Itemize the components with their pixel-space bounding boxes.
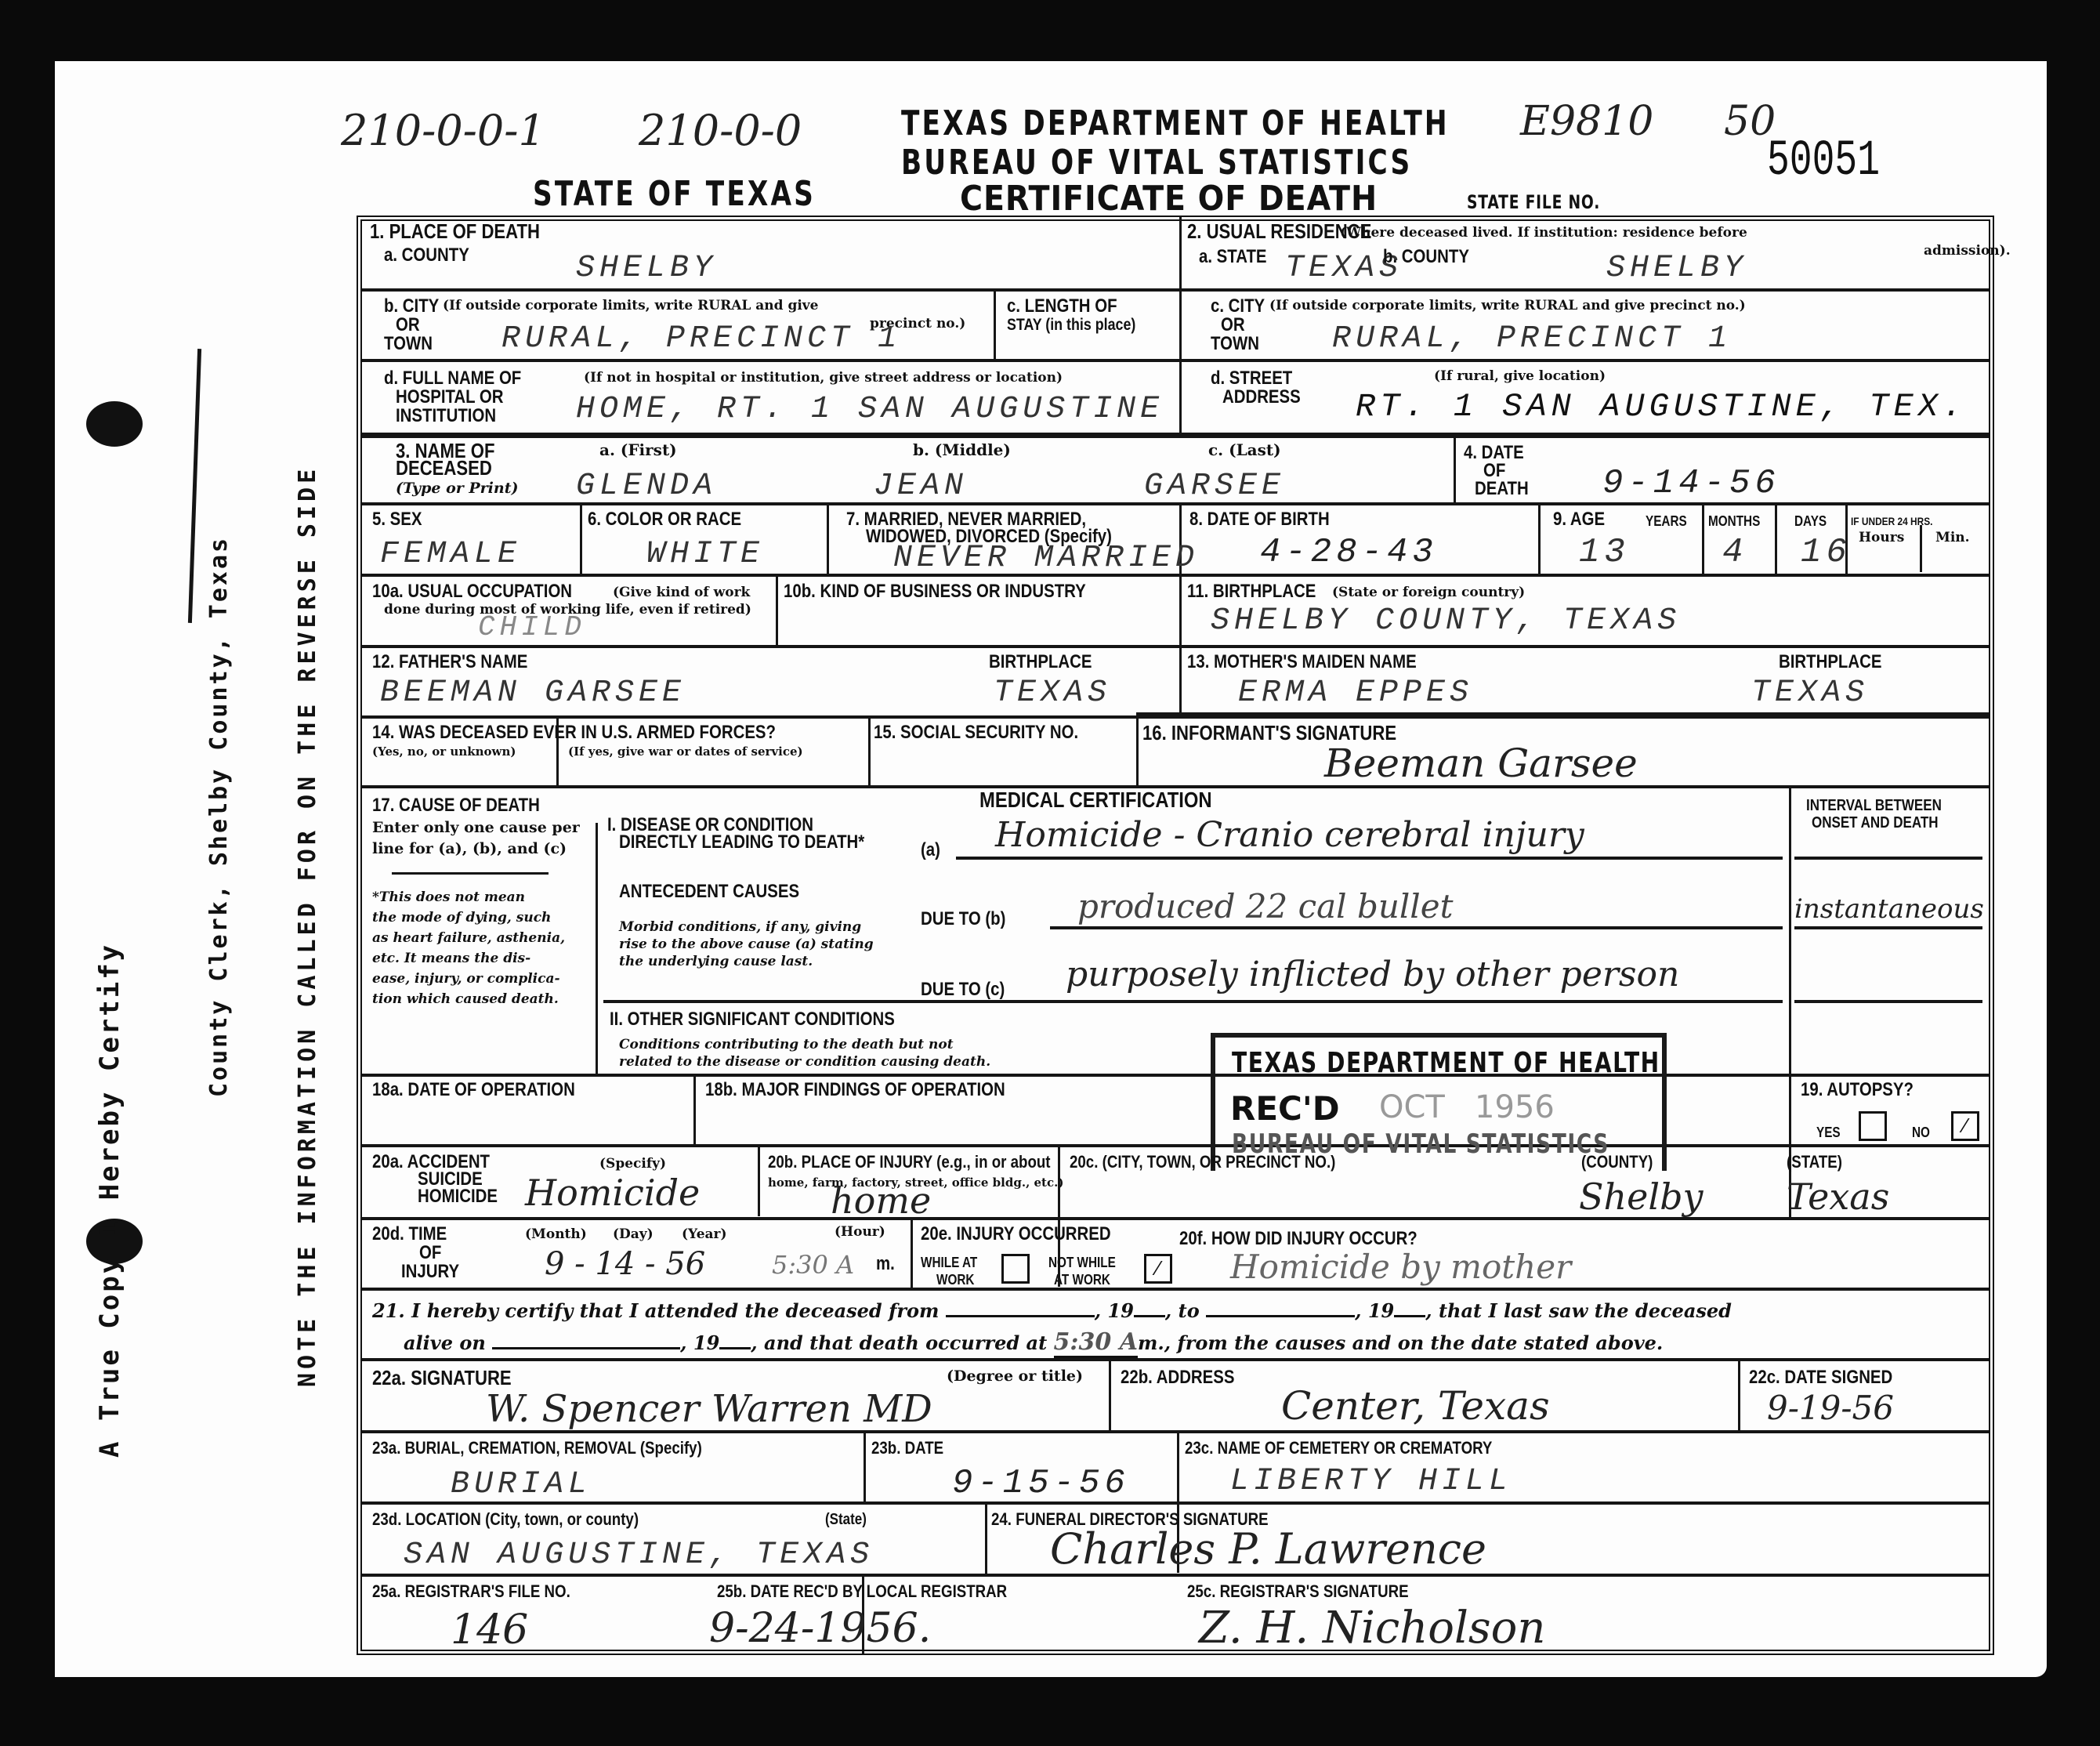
- cause-a-value: Homicide - Cranio cerebral injury: [995, 815, 1584, 855]
- father-birthplace-label: BIRTHPLACE: [989, 652, 1092, 672]
- part2-label: II. OTHER SIGNIFICANT CONDITIONS: [610, 1009, 895, 1030]
- punch-hole: [86, 401, 143, 447]
- date-signed-label: 22c. DATE SIGNED: [1749, 1367, 1892, 1388]
- days-label: DAYS: [1794, 511, 1827, 531]
- ssn-label: 15. SOCIAL SECURITY NO.: [874, 723, 1078, 743]
- margin-clerk-text: County Clerk, Shelby County, Texas: [205, 536, 233, 1097]
- residence-note: (Where deceased lived. If institution: r…: [1340, 225, 1747, 241]
- registrar-file-label: 25a. REGISTRAR'S FILE NO.: [372, 1581, 570, 1602]
- res-city-note: (If outside corporate limits, write RURA…: [1269, 298, 1746, 313]
- age-days-value: 16: [1801, 533, 1852, 572]
- business-label: 10b. KIND OF BUSINESS OR INDUSTRY: [784, 581, 1086, 602]
- burial-location-label: 23d. LOCATION (City, town, or county): [372, 1509, 639, 1530]
- not-while-label-2: AT WORK: [1054, 1270, 1110, 1290]
- signature-label: 22a. SIGNATURE: [372, 1367, 512, 1388]
- first-name-value: GLENDA: [576, 469, 717, 504]
- name-label-2: DECEASED: [396, 458, 492, 478]
- cause-a-marker: (a): [921, 840, 940, 860]
- funeral-director-signature: Charles P. Lawrence: [1050, 1524, 1486, 1574]
- cause-c-value: purposely inflicted by other person: [1066, 955, 1679, 994]
- under24-label: IF UNDER 24 HRS.: [1851, 511, 1932, 531]
- age-years-value: 13: [1579, 533, 1630, 572]
- name-label-3: (Type or Print): [396, 478, 518, 498]
- cause-footnote: *This does not mean the mode of dying, s…: [372, 887, 565, 1009]
- file-code-2: 210-0-0: [639, 106, 802, 155]
- mother-birthplace-label: BIRTHPLACE: [1779, 652, 1881, 672]
- city-note: (If outside corporate limits, write RURA…: [443, 298, 818, 313]
- antecedent-label: ANTECEDENT CAUSES: [619, 882, 799, 902]
- injury-how-value: Homicide by mother: [1230, 1248, 1571, 1286]
- date-signed-value: 9-19-56: [1767, 1389, 1894, 1427]
- res-county-label: b. COUNTY: [1383, 247, 1469, 267]
- father-birthplace-value: TEXAS: [994, 676, 1111, 711]
- morbid-note: Morbid conditions, if any, giving rise t…: [619, 918, 874, 970]
- res-county-value: SHELBY: [1606, 251, 1747, 286]
- middle-name-value: JEAN: [874, 469, 968, 504]
- burial-location-value: SAN AUGUSTINE, TEXAS: [404, 1538, 874, 1573]
- operation-findings-label: 18b. MAJOR FINDINGS OF OPERATION: [705, 1080, 1005, 1100]
- hours-label: Hours: [1859, 530, 1904, 545]
- injury-hour-value: 5:30 A: [772, 1250, 854, 1280]
- margin-certify-text: A True Copy I Hereby Certify: [94, 943, 125, 1458]
- months-label: MONTHS: [1708, 511, 1760, 531]
- informant-signature: Beeman Garsee: [1324, 741, 1638, 786]
- autopsy-no-checkbox[interactable]: ⁄: [1951, 1111, 1979, 1141]
- race-value: WHITE: [646, 537, 764, 572]
- stay-label: c. LENGTH OF: [1007, 296, 1117, 317]
- death-county-value: SHELBY: [576, 251, 717, 286]
- registrar-signature: Z. H. Nicholson: [1199, 1603, 1545, 1654]
- occupation-value: CHILD: [478, 611, 586, 643]
- state-file-label: STATE FILE NO.: [1467, 191, 1600, 213]
- dod-label-3: DEATH: [1475, 479, 1529, 499]
- year-label: (Year): [682, 1226, 727, 1242]
- father-label: 12. FATHER'S NAME: [372, 652, 527, 672]
- birthplace-label: 11. BIRTHPLACE: [1187, 581, 1316, 602]
- autopsy-yes-checkbox[interactable]: [1859, 1111, 1887, 1141]
- injury-m-suffix: m.: [876, 1254, 895, 1274]
- burial-date-label: 23b. DATE: [871, 1438, 943, 1458]
- armed-forces-label: 14. WAS DECEASED EVER IN U.S. ARMED FORC…: [372, 723, 776, 743]
- armed-note-2: (If yes, give war or dates of service): [568, 744, 803, 759]
- father-value: BEEMAN GARSEE: [380, 676, 686, 711]
- physician-signature: W. Spencer Warren MD: [486, 1387, 932, 1431]
- injury-place-label: 20b. PLACE OF INJURY (e.g., in or about: [768, 1152, 1051, 1172]
- death-time-value: 5:30 A: [1054, 1328, 1138, 1358]
- address-label: 22b. ADDRESS: [1121, 1367, 1234, 1388]
- injury-specify: (Specify): [599, 1156, 666, 1172]
- burial-date-value: 9-15-56: [952, 1464, 1130, 1503]
- occupation-note: (Give kind of work: [613, 585, 750, 600]
- cause-label: 17. CAUSE OF DEATH: [372, 795, 540, 816]
- interval-b-value: instantaneous: [1794, 893, 1984, 925]
- cause-instr-2: line for (a), (b), and (c): [372, 840, 567, 857]
- middle-name-label: b. (Middle): [913, 440, 1011, 459]
- date-of-death-value: 9-14-56: [1602, 464, 1780, 503]
- death-city-value: RURAL, PRECINCT 1: [501, 321, 901, 357]
- county-label: a. COUNTY: [384, 245, 469, 266]
- injury-type-label-3: HOMICIDE: [418, 1186, 498, 1207]
- residence-note-2: admission).: [1924, 243, 2011, 259]
- injury-how-label: 20f. HOW DID INJURY OCCUR?: [1179, 1229, 1417, 1249]
- stamp-dept: TEXAS DEPARTMENT OF HEALTH: [1232, 1047, 1660, 1079]
- due-to-b-label: DUE TO (b): [921, 909, 1005, 929]
- armed-note-1: (Yes, no, or unknown): [372, 744, 516, 759]
- certificate-title: CERTIFICATE OF DEATH: [960, 179, 1378, 219]
- state-title: STATE OF TEXAS: [533, 174, 816, 214]
- last-name-label: c. (Last): [1208, 440, 1281, 459]
- injury-date-value: 9 - 14 - 56: [545, 1246, 705, 1282]
- month-label: (Month): [525, 1226, 587, 1242]
- state-file-number: 50051: [1767, 133, 1880, 190]
- injury-type-value: Homicide: [525, 1172, 700, 1214]
- res-city-value: RURAL, PRECINCT 1: [1332, 321, 1732, 357]
- dob-label: 8. DATE OF BIRTH: [1189, 509, 1330, 530]
- dept-title: TEXAS DEPARTMENT OF HEALTH: [901, 103, 1450, 143]
- injury-county-label: (COUNTY): [1581, 1152, 1653, 1172]
- cause-b-value: produced 22 cal bullet: [1077, 887, 1453, 926]
- while-work-label-2: WORK: [936, 1270, 974, 1290]
- medical-certification-heading: MEDICAL CERTIFICATION: [979, 790, 1212, 810]
- street-label-2: ADDRESS: [1222, 387, 1301, 408]
- mother-label: 13. MOTHER'S MAIDEN NAME: [1187, 652, 1417, 672]
- injury-location-label: 20c. (CITY, TOWN, OR PRECINCT NO.): [1070, 1152, 1335, 1172]
- registrar-signature-label: 25c. REGISTRAR'S SIGNATURE: [1187, 1581, 1409, 1602]
- bureau-title: BUREAU OF VITAL STATISTICS: [901, 143, 1412, 183]
- hospital-label-3: INSTITUTION: [396, 406, 496, 426]
- injury-time-injury: INJURY: [401, 1262, 459, 1282]
- hospital-note: (If not in hospital or institution, give…: [584, 370, 1063, 386]
- burial-type-label: 23a. BURIAL, CREMATION, REMOVAL (Specify…: [372, 1438, 702, 1458]
- sex-label: 5. SEX: [372, 509, 422, 530]
- injury-occurred-label: 20e. INJURY OCCURRED: [921, 1224, 1111, 1244]
- stamp-date: OCT 1956: [1379, 1089, 1555, 1125]
- injury-state-value: Texas: [1787, 1175, 1889, 1218]
- occupation-label: 10a. USUAL OCCUPATION: [372, 581, 572, 602]
- res-state-label: a. STATE: [1199, 247, 1267, 267]
- burial-type-value: BURIAL: [451, 1467, 592, 1502]
- first-name-label: a. (First): [599, 440, 677, 459]
- min-label: Min.: [1935, 530, 1970, 545]
- handwritten-code: E9810: [1520, 98, 1653, 145]
- age-label: 9. AGE: [1553, 509, 1605, 530]
- birthplace-value: SHELBY COUNTY, TEXAS: [1211, 603, 1681, 639]
- street-note: (If rural, give location): [1434, 368, 1606, 384]
- file-code-1: 210-0-0-1: [341, 106, 545, 155]
- part1-label-2: DIRECTLY LEADING TO DEATH*: [619, 832, 864, 853]
- autopsy-no-label: NO: [1912, 1122, 1930, 1143]
- last-name-value: GARSEE: [1144, 469, 1285, 504]
- stay-label-2: STAY (in this place): [1007, 315, 1135, 335]
- stamp-recd: REC'D: [1230, 1089, 1340, 1128]
- part2-note-2: related to the disease or condition caus…: [619, 1052, 990, 1072]
- registrar-date-value: 9-24-1956.: [709, 1605, 931, 1652]
- cause-instr: Enter only one cause per: [372, 819, 580, 836]
- hospital-value: HOME, RT. 1 SAN AUGUSTINE: [576, 392, 1164, 427]
- sex-value: FEMALE: [380, 537, 521, 572]
- certify-line-2: alive on , 19, and that death occurred a…: [404, 1332, 1663, 1353]
- city-town-label: TOWN: [384, 334, 433, 354]
- autopsy-label: 19. AUTOPSY?: [1801, 1080, 1914, 1100]
- birthplace-note: (State or foreign country): [1332, 585, 1525, 600]
- not-while-at-work-checkbox[interactable]: ⁄: [1144, 1254, 1172, 1284]
- injury-place-value: home: [831, 1179, 931, 1222]
- age-months-value: 4: [1722, 533, 1747, 572]
- marital-value: NEVER MARRIED: [893, 541, 1199, 576]
- interval-label-2: ONSET AND DEATH: [1812, 813, 1939, 833]
- mother-value: ERMA EPPES: [1238, 676, 1473, 711]
- years-label: YEARS: [1646, 511, 1687, 531]
- operation-date-label: 18a. DATE OF OPERATION: [372, 1080, 575, 1100]
- degree-label: (Degree or title): [947, 1367, 1083, 1385]
- injury-state-label: (STATE): [1787, 1152, 1842, 1172]
- place-of-death-heading: 1. PLACE OF DEATH: [370, 221, 540, 241]
- res-city-town: TOWN: [1211, 334, 1259, 354]
- autopsy-yes-label: YES: [1816, 1122, 1841, 1143]
- day-label: (Day): [613, 1226, 654, 1242]
- physician-address: Center, Texas: [1281, 1383, 1550, 1429]
- cemetery-value: LIBERTY HILL: [1230, 1464, 1512, 1499]
- registrar-file-value: 146: [451, 1607, 528, 1654]
- mother-birthplace-value: TEXAS: [1751, 676, 1869, 711]
- certify-line-1: 21. I hereby certify that I attended the…: [372, 1301, 1732, 1321]
- burial-state-label: (State): [825, 1509, 867, 1530]
- due-to-c-label: DUE TO (c): [921, 980, 1005, 1000]
- while-at-work-checkbox[interactable]: [1001, 1254, 1030, 1284]
- race-label: 6. COLOR OR RACE: [588, 509, 741, 530]
- cemetery-label: 23c. NAME OF CEMETERY OR CREMATORY: [1185, 1438, 1492, 1458]
- injury-county-value: Shelby: [1579, 1175, 1704, 1218]
- registrar-date-label: 25b. DATE REC'D BY LOCAL REGISTRAR: [717, 1581, 1007, 1602]
- street-value: RT. 1 SAN AUGUSTINE, TEX.: [1356, 388, 1967, 426]
- margin-note-text: NOTE THE INFORMATION CALLED FOR ON THE R…: [294, 465, 321, 1387]
- dob-value: 4-28-43: [1260, 533, 1438, 572]
- hour-label: (Hour): [835, 1224, 885, 1240]
